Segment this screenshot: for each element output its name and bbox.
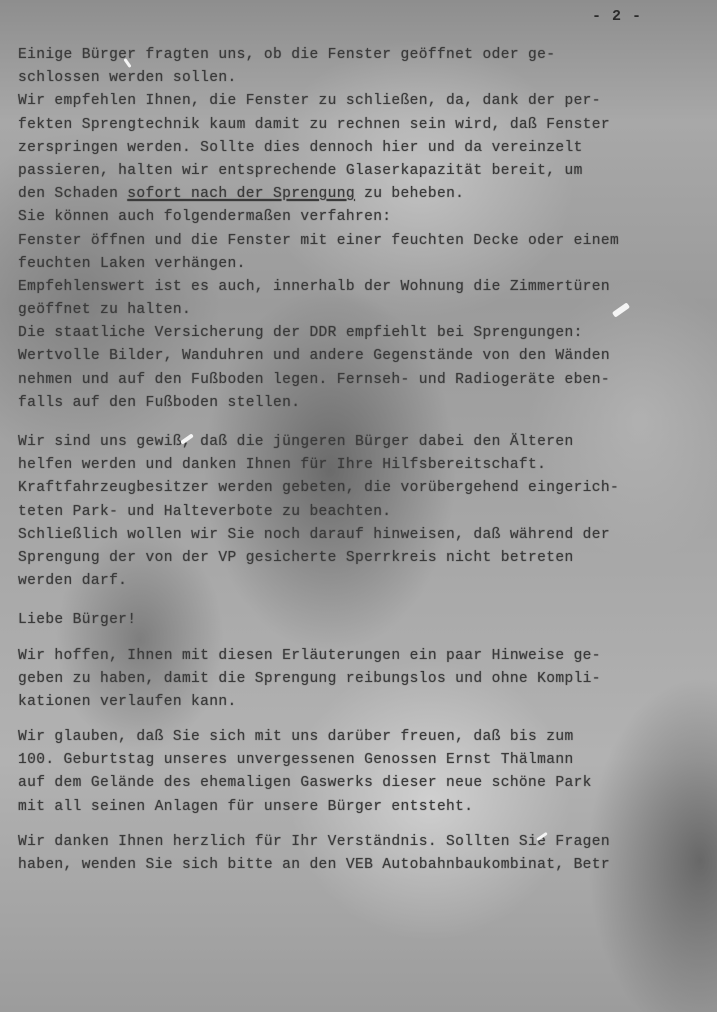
text-line: helfen werden und danken Ihnen für Ihre …: [18, 454, 708, 477]
text-line: Wir empfehlen Ihnen, die Fenster zu schl…: [18, 90, 708, 113]
text-line: Die staatliche Versicherung der DDR empf…: [18, 322, 708, 345]
text-line: zerspringen werden. Sollte dies dennoch …: [18, 137, 708, 160]
text-line: Schließlich wollen wir Sie noch darauf h…: [18, 524, 708, 547]
paragraph-spacer: [18, 593, 708, 609]
text-line: kationen verlaufen kann.: [18, 691, 708, 714]
paragraph-spacer: [18, 819, 708, 831]
text-line: Fenster öffnen und die Fenster mit einer…: [18, 230, 708, 253]
text-line: Kraftfahrzeugbesitzer werden gebeten, di…: [18, 477, 708, 500]
paragraph-spacer: [18, 415, 708, 431]
scanned-document-page: - 2 - Einige Bürger fragten uns, ob die …: [0, 0, 717, 1012]
paragraph-spacer: [18, 633, 708, 645]
paragraph-park: Wir glauben, daß Sie sich mit uns darübe…: [18, 726, 708, 819]
text-line: geöffnet zu halten.: [18, 299, 708, 322]
text-line: falls auf den Fußboden stellen.: [18, 392, 708, 415]
text-line: werden darf.: [18, 570, 708, 593]
paragraph-citizen-help: Wir sind uns gewiß, daß die jüngeren Bür…: [18, 431, 708, 593]
text-line: geben zu haben, damit die Sprengung reib…: [18, 668, 708, 691]
page-number: - 2 -: [592, 8, 642, 25]
text-line: Sprengung der von der VP gesicherte Sper…: [18, 547, 708, 570]
text-line: Wir sind uns gewiß, daß die jüngeren Bür…: [18, 431, 708, 454]
text-line: Sie können auch folgendermaßen verfahren…: [18, 206, 708, 229]
text-line: Empfehlenswert ist es auch, innerhalb de…: [18, 276, 708, 299]
text-line: Wir danken Ihnen herzlich für Ihr Verstä…: [18, 831, 708, 854]
text-line: Einige Bürger fragten uns, ob die Fenste…: [18, 44, 708, 67]
text-line: haben, wenden Sie sich bitte an den VEB …: [18, 854, 708, 877]
text-line-with-underline: den Schaden sofort nach der Sprengung zu…: [18, 183, 708, 206]
text-line: mit all seinen Anlagen für unsere Bürger…: [18, 796, 708, 819]
paragraph-thanks: Wir danken Ihnen herzlich für Ihr Verstä…: [18, 831, 708, 877]
text-line: Liebe Bürger!: [18, 609, 708, 632]
text-line: Wir hoffen, Ihnen mit diesen Erläuterung…: [18, 645, 708, 668]
text-line: teten Park- und Halteverbote zu beachten…: [18, 501, 708, 524]
paragraph-hope: Wir hoffen, Ihnen mit diesen Erläuterung…: [18, 645, 708, 715]
text-line: 100. Geburtstag unseres unvergessenen Ge…: [18, 749, 708, 772]
text-fragment: zu beheben.: [355, 186, 464, 202]
text-line: schlossen werden sollen.: [18, 67, 708, 90]
text-fragment: den Schaden: [18, 186, 127, 202]
text-line: Wir glauben, daß Sie sich mit uns darübe…: [18, 726, 708, 749]
salutation: Liebe Bürger!: [18, 609, 708, 632]
text-line: auf dem Gelände des ehemaligen Gaswerks …: [18, 772, 708, 795]
document-body: Einige Bürger fragten uns, ob die Fenste…: [18, 44, 708, 877]
paragraph-spacer: [18, 714, 708, 726]
paragraph-window-advice: Einige Bürger fragten uns, ob die Fenste…: [18, 44, 708, 415]
text-line: passieren, halten wir entsprechende Glas…: [18, 160, 708, 183]
text-line: Wertvolle Bilder, Wanduhren und andere G…: [18, 345, 708, 368]
text-line: fekten Sprengtechnik kaum damit zu rechn…: [18, 114, 708, 137]
text-line: nehmen und auf den Fußboden legen. Ferns…: [18, 369, 708, 392]
text-line: feuchten Laken verhängen.: [18, 253, 708, 276]
underlined-emphasis: sofort nach der Sprengung: [127, 186, 355, 202]
